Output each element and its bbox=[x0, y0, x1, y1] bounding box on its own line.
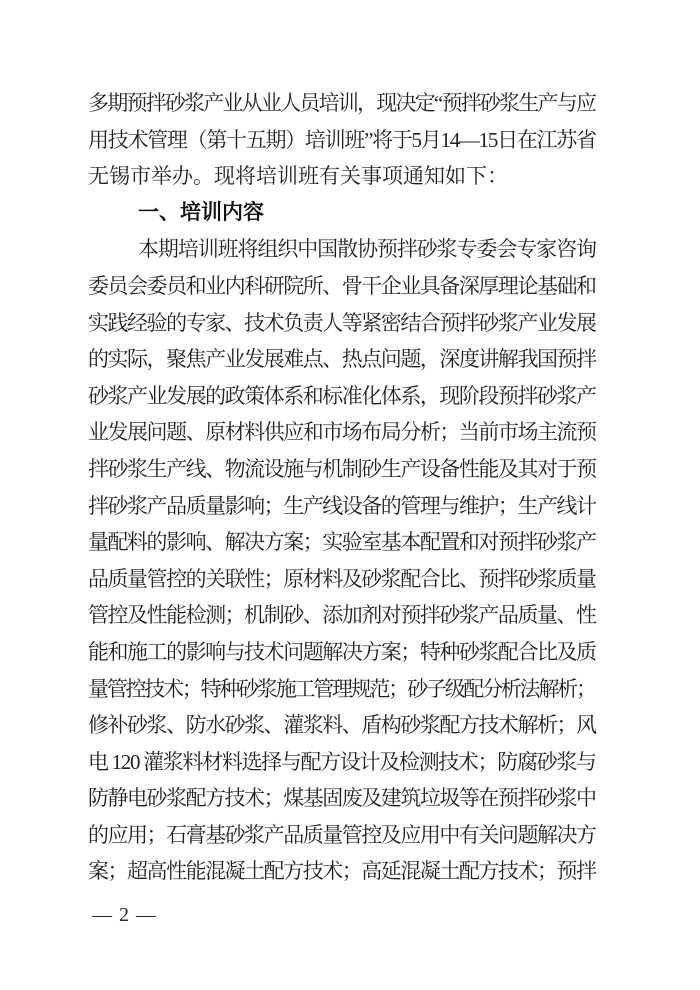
line-text: 一、培训内容 bbox=[138, 201, 264, 224]
body-text-line-1: 多期预拌砂浆产业从业人员培训，现决定“预拌砂浆生产与应 bbox=[88, 85, 597, 122]
body-text-line-14: 品质量管控的关联性；原材料及砂浆配合比、预拌砂浆质量 bbox=[88, 561, 597, 598]
body-text-line-3: 无锡市举办。现将培训班有关事项通知如下： bbox=[88, 158, 597, 195]
body-text-line-22: 案；超高性能混凝土配方技术；高延混凝土配方技术；预拌 bbox=[88, 853, 597, 890]
body-text-line-5: 本期培训班将组织中国散协预拌砂浆专委会专家咨询 bbox=[88, 231, 597, 268]
section-heading: 一、培训内容 bbox=[88, 195, 597, 232]
line-text: 业发展问题、原材料供应和市场布局分析；当前市场主流预 bbox=[88, 420, 596, 444]
line-text: 拌砂浆生产线、物流设施与机制砂生产设备性能及其对于预 bbox=[88, 457, 596, 481]
line-text: 无锡市举办。现将培训班有关事项通知如下： bbox=[88, 164, 508, 188]
line-text: 修补砂浆、防水砂浆、灌浆料、盾构砂浆配方技术解析；风 bbox=[88, 713, 596, 737]
body-text-line-20: 防静电砂浆配方技术；煤基固废及建筑垃圾等在预拌砂浆中 bbox=[88, 780, 597, 817]
document-body: 多期预拌砂浆产业从业人员培训，现决定“预拌砂浆生产与应用技术管理（第十五期）培训… bbox=[88, 85, 597, 890]
body-text-line-19: 电 120 灌浆料材料选择与配方设计及检测技术；防腐砂浆与 bbox=[88, 744, 597, 781]
line-text: 量配料的影响、解决方案；实验室基本配置和对预拌砂浆产 bbox=[88, 530, 596, 554]
line-text: 委员会委员和业内科研院所、骨干企业具备深厚理论基础和 bbox=[88, 274, 596, 298]
page-number: — 2 — bbox=[92, 902, 157, 928]
body-text-line-15: 管控及性能检测；机制砂、添加剂对预拌砂浆产品质量、性 bbox=[88, 597, 597, 634]
line-text: 品质量管控的关联性；原材料及砂浆配合比、预拌砂浆质量 bbox=[88, 567, 596, 591]
line-text: 砂浆产业发展的政策体系和标准化体系，现阶段预拌砂浆产 bbox=[88, 384, 596, 408]
body-text-line-21: 的应用；石膏基砂浆产品质量管控及应用中有关问题解决方 bbox=[88, 817, 597, 854]
body-text-line-12: 拌砂浆产品质量影响；生产线设备的管理与维护；生产线计 bbox=[88, 488, 597, 525]
line-text: 管控及性能检测；机制砂、添加剂对预拌砂浆产品质量、性 bbox=[88, 603, 596, 627]
body-text-line-8: 的实际，聚焦产业发展难点、热点问题，深度讲解我国预拌 bbox=[88, 341, 597, 378]
body-text-line-10: 业发展问题、原材料供应和市场布局分析；当前市场主流预 bbox=[88, 414, 597, 451]
line-text: 多期预拌砂浆产业从业人员培训，现决定“预拌砂浆生产与应 bbox=[88, 91, 595, 115]
line-text: 的实际，聚焦产业发展难点、热点问题，深度讲解我国预拌 bbox=[88, 347, 596, 371]
line-text: 防静电砂浆配方技术；煤基固废及建筑垃圾等在预拌砂浆中 bbox=[88, 786, 596, 810]
line-text: 案；超高性能混凝土配方技术；高延混凝土配方技术；预拌 bbox=[88, 859, 596, 883]
body-text-line-17: 量管控技术；特种砂浆施工管理规范；砂子级配分析法解析； bbox=[88, 671, 597, 708]
line-text: 实践经验的专家、技术负责人等紧密结合预拌砂浆产业发展 bbox=[88, 311, 596, 335]
body-text-line-7: 实践经验的专家、技术负责人等紧密结合预拌砂浆产业发展 bbox=[88, 305, 597, 342]
body-text-line-9: 砂浆产业发展的政策体系和标准化体系，现阶段预拌砂浆产 bbox=[88, 378, 597, 415]
line-text: 量管控技术；特种砂浆施工管理规范；砂子级配分析法解析； bbox=[88, 677, 595, 701]
line-text: 的应用；石膏基砂浆产品质量管控及应用中有关问题解决方 bbox=[88, 823, 596, 847]
body-text-line-11: 拌砂浆生产线、物流设施与机制砂生产设备性能及其对于预 bbox=[88, 451, 597, 488]
document-page: 多期预拌砂浆产业从业人员培训，现决定“预拌砂浆生产与应用技术管理（第十五期）培训… bbox=[0, 0, 700, 990]
body-text-line-16: 能和施工的影响与技术问题解决方案；特种砂浆配合比及质 bbox=[88, 634, 597, 671]
body-text-line-18: 修补砂浆、防水砂浆、灌浆料、盾构砂浆配方技术解析；风 bbox=[88, 707, 597, 744]
line-text: 本期培训班将组织中国散协预拌砂浆专委会专家咨询 bbox=[138, 237, 596, 261]
line-text: 电 120 灌浆料材料选择与配方设计及检测技术；防腐砂浆与 bbox=[88, 750, 596, 774]
body-text-line-6: 委员会委员和业内科研院所、骨干企业具备深厚理论基础和 bbox=[88, 268, 597, 305]
line-text: 用技术管理（第十五期）培训班”将于5月14—15日在江苏省 bbox=[88, 128, 596, 152]
line-text: 能和施工的影响与技术问题解决方案；特种砂浆配合比及质 bbox=[88, 640, 596, 664]
line-text: 拌砂浆产品质量影响；生产线设备的管理与维护；生产线计 bbox=[88, 494, 596, 518]
body-text-line-2: 用技术管理（第十五期）培训班”将于5月14—15日在江苏省 bbox=[88, 122, 597, 159]
body-text-line-13: 量配料的影响、解决方案；实验室基本配置和对预拌砂浆产 bbox=[88, 524, 597, 561]
